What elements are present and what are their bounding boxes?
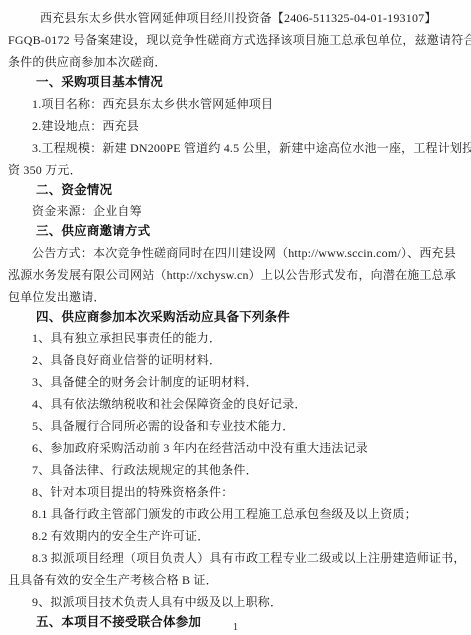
- doc-line: 2、具备良好商业信誉的证明材料．: [8, 349, 463, 371]
- doc-line: FGQB-0172 号备案建设，现以竞争性磋商方式选择该项目施工总承包单位，兹邀…: [8, 29, 463, 51]
- doc-line: 资 350 万元．: [8, 159, 463, 181]
- scanned-procurement-notice-page: { "page": { "background": "#fefefe", "te…: [0, 0, 471, 635]
- section-heading: 四、供应商参加本次采购活动应具备下列条件: [8, 308, 463, 328]
- doc-line: 7、具备法律、行政法规规定的其他条件．: [8, 459, 463, 481]
- doc-line: 5、具备履行合同所必需的设备和专业技术能力．: [8, 415, 463, 437]
- doc-line: 6、参加政府采购活动前 3 年内在经营活动中没有重大违法记录: [8, 437, 463, 459]
- document-body: 西充县东太乡供水管网延伸项目经川投资备【2406-511325-04-01-19…: [8, 7, 463, 633]
- doc-line: 资金来源：企业自筹: [8, 200, 463, 222]
- doc-line: 条件的供应商参加本次磋商．: [8, 51, 463, 73]
- page-number: 1: [0, 622, 471, 633]
- section-heading: 三、供应商邀请方式: [8, 222, 463, 242]
- doc-line: 包单位发出邀请．: [8, 286, 463, 308]
- doc-line: 3、具备健全的财务会计制度的证明材料．: [8, 371, 463, 393]
- doc-line: 且具备有效的安全生产考核合格 B 证．: [8, 569, 463, 591]
- doc-line: 9、拟派项目技术负责人具有中级及以上职称．: [8, 591, 463, 613]
- section-heading: 二、资金情况: [8, 181, 463, 201]
- doc-line: 1、具有独立承担民事责任的能力．: [8, 327, 463, 349]
- doc-line: 西充县东太乡供水管网延伸项目经川投资备【2406-511325-04-01-19…: [8, 7, 463, 29]
- doc-line: 2.建设地点：西充县: [8, 115, 463, 137]
- doc-line: 1.项目名称：西充县东太乡供水管网延伸项目: [8, 93, 463, 115]
- doc-line: 8.2 有效期内的安全生产许可证．: [8, 525, 463, 547]
- doc-line: 8.1 具备行政主管部门颁发的市政公用工程施工总承包叁级及以上资质；: [8, 503, 463, 525]
- doc-line: 4、具有依法缴纳税收和社会保障资金的良好记录．: [8, 393, 463, 415]
- doc-line: 公告方式：本次竞争性磋商同时在四川建设网（http://www.sccin.co…: [8, 242, 463, 264]
- doc-line: 8.3 拟派项目经理（项目负责人）具有市政工程专业二级或以上注册建造师证书，: [8, 547, 463, 569]
- section-heading: 一、采购项目基本情况: [8, 73, 463, 93]
- doc-line: 8、针对本项目提出的特殊资格条件：: [8, 481, 463, 503]
- doc-line: 3.工程规模：新建 DN200PE 管道约 4.5 公里，新建中途高位水池一座，…: [8, 137, 463, 159]
- doc-line: 泓源水务发展有限公司网站（http://xchysw.cn）上以公告形式发布，向…: [8, 264, 463, 286]
